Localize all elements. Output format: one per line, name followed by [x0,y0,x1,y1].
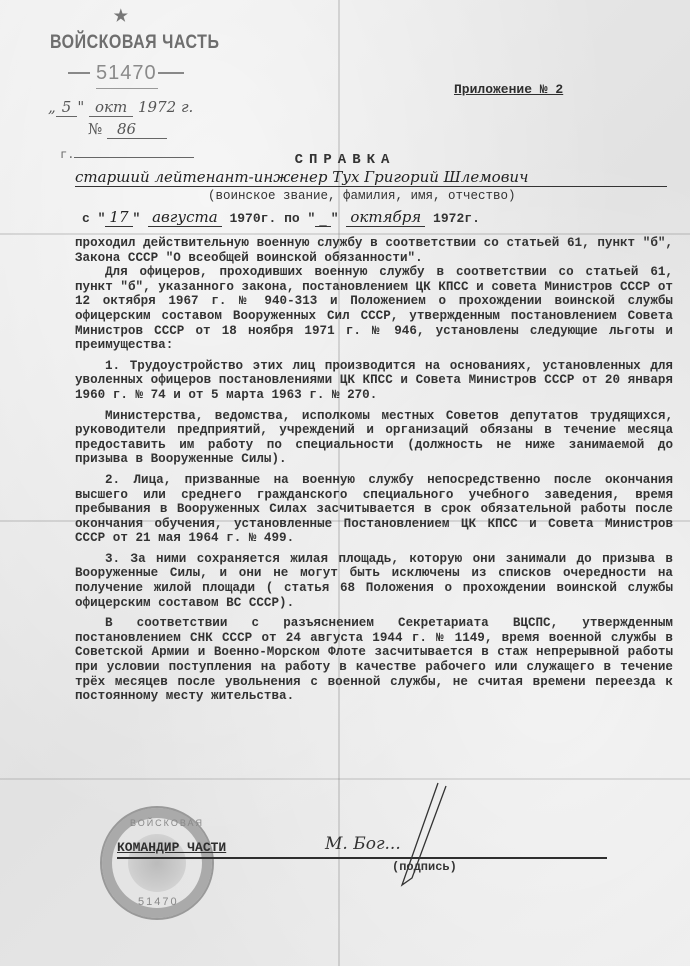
handwritten-arrow-icon [0,0,690,966]
